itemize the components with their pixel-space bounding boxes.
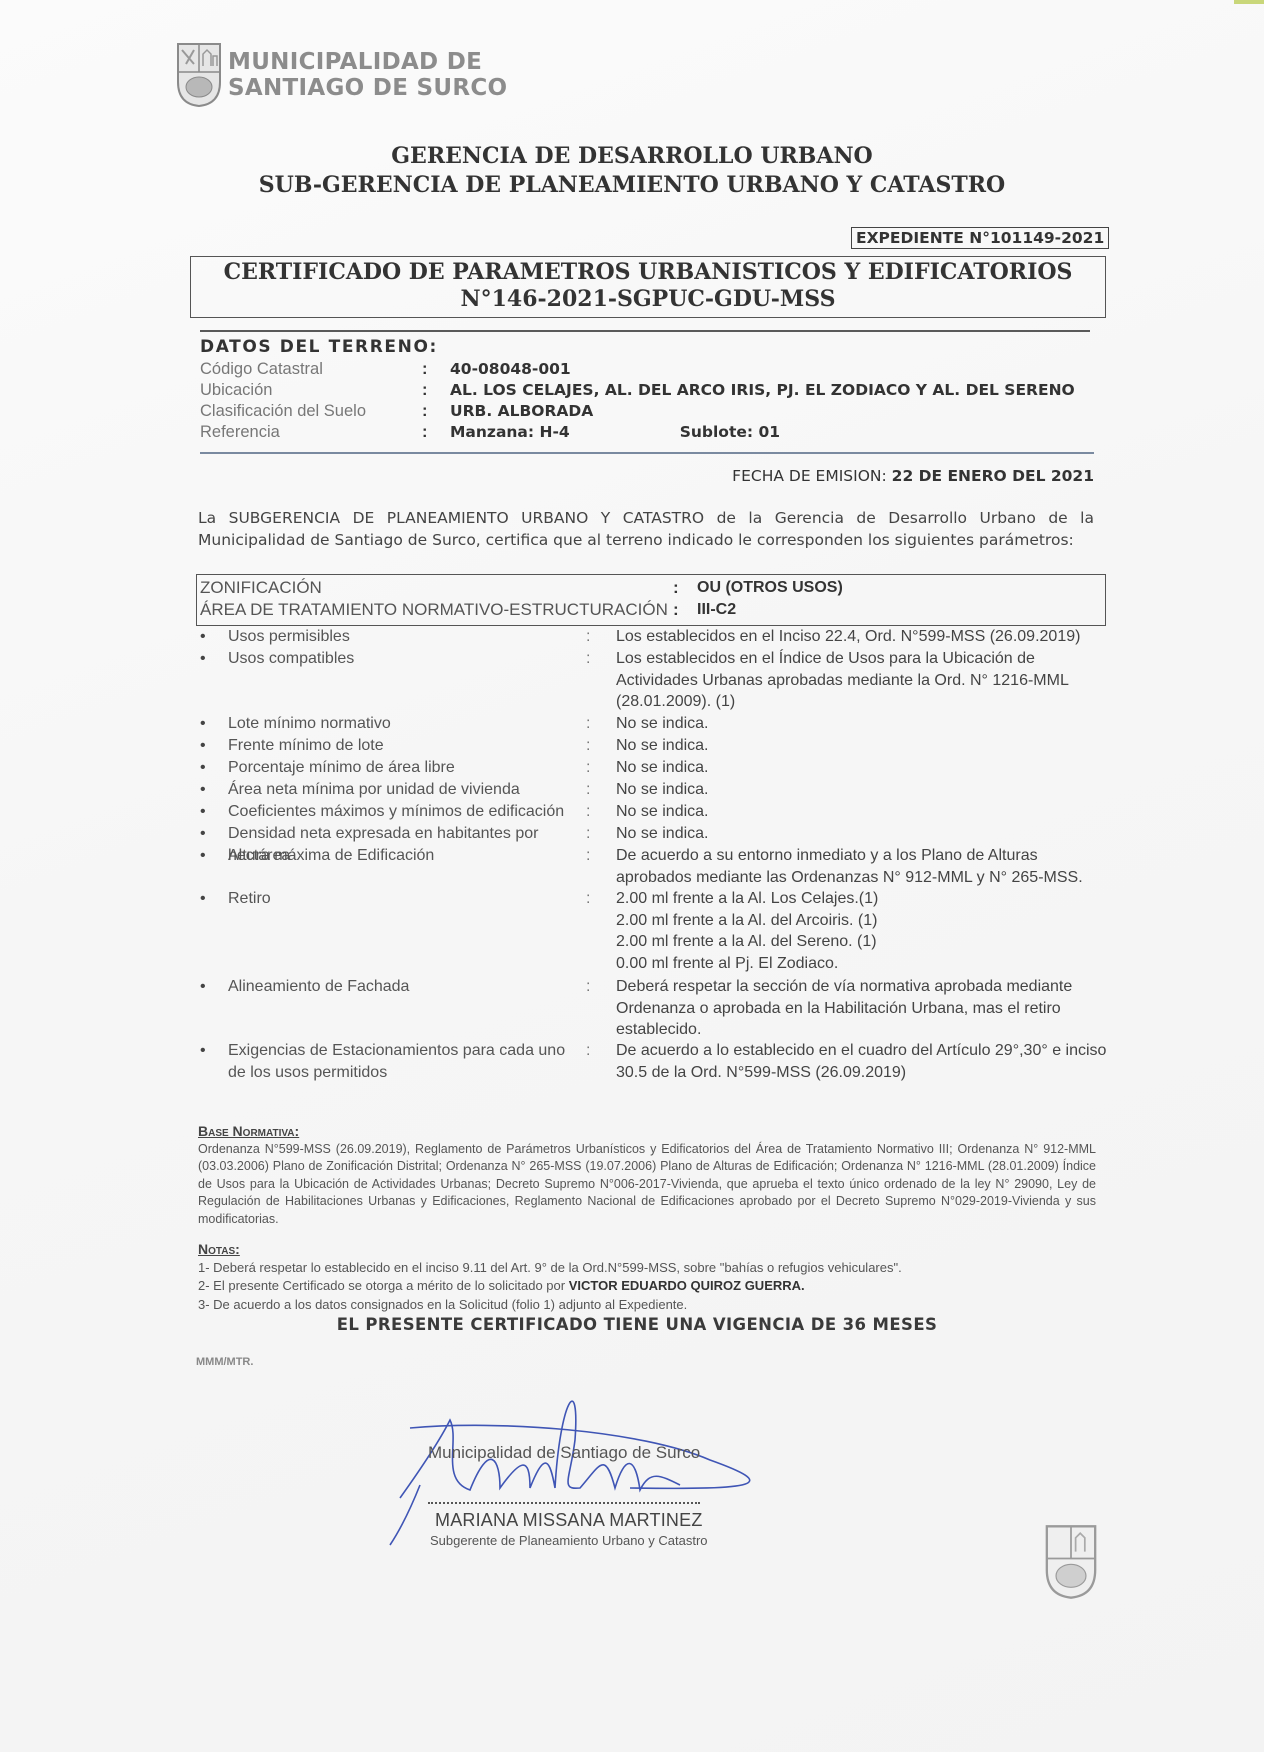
certificate-title-box: CERTIFICADO DE PARAMETROS URBANISTICOS Y… [190,256,1106,318]
parametro-value: No se indica. [616,801,1096,823]
parametro-value: No se indica. [616,779,1096,801]
municipality-logo: MUNICIPALIDAD DE SANTIAGO DE SURCO [176,42,507,108]
logo-line-2: SANTIAGO DE SURCO [228,75,507,101]
gerencia-title: GERENCIA DE DESARROLLO URBANO [0,142,1264,171]
terreno-label: Código Catastral [200,359,422,380]
parametro-label: Porcentaje mínimo de área libre [228,757,586,779]
bullet-icon: • [198,976,228,1041]
signatory-name: MARIANA MISSANA MARTINEZ [435,1510,703,1531]
department-heading: GERENCIA DE DESARROLLO URBANO SUB-GERENC… [0,142,1264,200]
notas-title: Notas: [198,1240,1096,1259]
terreno-row-ubicacion: Ubicación : AL. LOS CELAJES, AL. DEL ARC… [200,380,1075,401]
parametro-value: De acuerdo a su entorno inmediato y a lo… [616,845,1096,888]
terreno-value: AL. LOS CELAJES, AL. DEL ARCO IRIS, PJ. … [450,380,1075,401]
nota-item: 2- El presente Certificado se otorga a m… [198,1277,1096,1296]
logo-line-1: MUNICIPALIDAD DE [228,49,507,75]
parametro-label: Exigencias de Estacionamientos para cada… [228,1040,586,1083]
parametro-row: •Área neta mínima por unidad de vivienda… [198,779,1096,801]
sublote-value: Sublote: 01 [680,422,780,443]
base-normativa-text: Ordenanza N°599-MSS (26.09.2019), Reglam… [198,1141,1096,1229]
bullet-icon: • [198,713,228,735]
parametro-value: Los establecidos en el Índice de Usos pa… [616,648,1096,713]
parametro-label: Lote mínimo normativo [228,713,586,735]
parametro-label: Coeficientes máximos y mínimos de edific… [228,801,586,823]
parametro-value: De acuerdo a lo establecido en el cuadro… [616,1040,1096,1083]
terreno-value: 40-08048-001 [450,359,571,380]
certificate-title: CERTIFICADO DE PARAMETROS URBANISTICOS Y… [191,259,1105,286]
parametro-row: •Altura máxima de Edificación:De acuerdo… [198,845,1096,888]
divider [200,452,1094,454]
nota-item: 3- De acuerdo a los datos consignados en… [198,1296,1096,1315]
base-normativa: Base Normativa: Ordenanza N°599-MSS (26.… [198,1123,1096,1228]
coat-of-arms-seal-icon [1040,1524,1102,1600]
area-tratamiento-row: ÁREA DE TRATAMIENTO NORMATIVO-ESTRUCTURA… [200,599,736,621]
vigencia-statement: EL PRESENTE CERTIFICADO TIENE UNA VIGENC… [0,1315,1264,1334]
subgerencia-title: SUB-GERENCIA DE PLANEAMIENTO URBANO Y CA… [0,171,1264,200]
terreno-row-referencia: Referencia : Manzana: H-4 Sublote: 01 [200,422,780,443]
fecha-label: FECHA DE EMISION: [732,467,887,485]
parametro-row: •Usos permisibles:Los establecidos en el… [198,626,1096,648]
coat-of-arms-icon [176,42,222,108]
parametro-label: Usos permisibles [228,626,586,648]
parametro-label: Altura máxima de Edificación [228,845,586,888]
parametro-row: •Coeficientes máximos y mínimos de edifi… [198,801,1096,823]
bullet-icon: • [198,888,228,974]
signature-stamp: Municipalidad de Santiago de Surco [428,1443,700,1463]
signature-line [428,1502,700,1504]
bullet-icon: • [198,648,228,713]
parametro-value: Los establecidos en el Inciso 22.4, Ord.… [616,626,1096,648]
certificate-number: N°146-2021-SGPUC-GDU-MSS [191,286,1105,313]
parametro-label: Usos compatibles [228,648,586,713]
terreno-row-codigo: Código Catastral : 40-08048-001 [200,359,571,380]
intro-paragraph: La SUBGERENCIA DE PLANEAMIENTO URBANO Y … [198,507,1094,551]
datos-terreno-title: DATOS DEL TERRENO: [200,337,438,357]
expediente-number: EXPEDIENTE N°101149-2021 [851,227,1109,249]
terreno-value: Manzana: H-4 [450,422,570,443]
parametro-value: 2.00 ml frente a la Al. Los Celajes.(1)2… [616,888,1096,974]
parametro-row: •Alineamiento de Fachada:Deberá respetar… [198,976,1096,1041]
notas: Notas: 1- Deberá respetar lo establecido… [198,1240,1096,1314]
parametro-value: Deberá respetar la sección de vía normat… [616,976,1096,1041]
signatory-role: Subgerente de Planeamiento Urbano y Cata… [430,1533,708,1548]
parametro-row: •Lote mínimo normativo:No se indica. [198,713,1096,735]
zonificacion-row: ZONIFICACIÓN : OU (OTROS USOS) [200,577,843,599]
bullet-icon: • [198,801,228,823]
parametro-row: •Retiro:2.00 ml frente a la Al. Los Cela… [198,888,1096,974]
parametro-label: Frente mínimo de lote [228,735,586,757]
bullet-icon: • [198,1040,228,1083]
divider [200,330,1090,332]
bullet-icon: • [198,779,228,801]
parametro-value: No se indica. [616,735,1096,757]
terreno-label: Clasificación del Suelo [200,401,422,422]
parametro-label: Retiro [228,888,586,974]
terreno-label: Referencia [200,422,422,443]
fecha-emision: FECHA DE EMISION: 22 DE ENERO DEL 2021 [732,467,1094,485]
terreno-row-clasificacion: Clasificación del Suelo : URB. ALBORADA [200,401,593,422]
parametro-label: Alineamiento de Fachada [228,976,586,1041]
bullet-icon: • [198,845,228,888]
parametro-label: Área neta mínima por unidad de vivienda [228,779,586,801]
terreno-value: URB. ALBORADA [450,401,593,422]
parametro-value: No se indica. [616,713,1096,735]
parametro-row: •Porcentaje mínimo de área libre:No se i… [198,757,1096,779]
initials: MMM/MTR. [196,1356,253,1368]
terreno-label: Ubicación [200,380,422,401]
bullet-icon: • [198,735,228,757]
solicitante-name: VICTOR EDUARDO QUIROZ GUERRA. [569,1278,805,1293]
fecha-value: 22 DE ENERO DEL 2021 [892,467,1094,485]
bullet-icon: • [198,626,228,648]
parametro-row: •Frente mínimo de lote:No se indica. [198,735,1096,757]
parametro-value: No se indica. [616,757,1096,779]
base-normativa-title: Base Normativa: [198,1123,1096,1141]
nota-item: 1- Deberá respetar lo establecido en el … [198,1259,1096,1278]
zonificacion-box: ZONIFICACIÓN : OU (OTROS USOS) ÁREA DE T… [196,574,1106,626]
parametro-row: •Exigencias de Estacionamientos para cad… [198,1040,1096,1083]
parametro-row: •Usos compatibles:Los establecidos en el… [198,648,1096,713]
scan-edge-mark [1234,0,1264,4]
bullet-icon: • [198,757,228,779]
